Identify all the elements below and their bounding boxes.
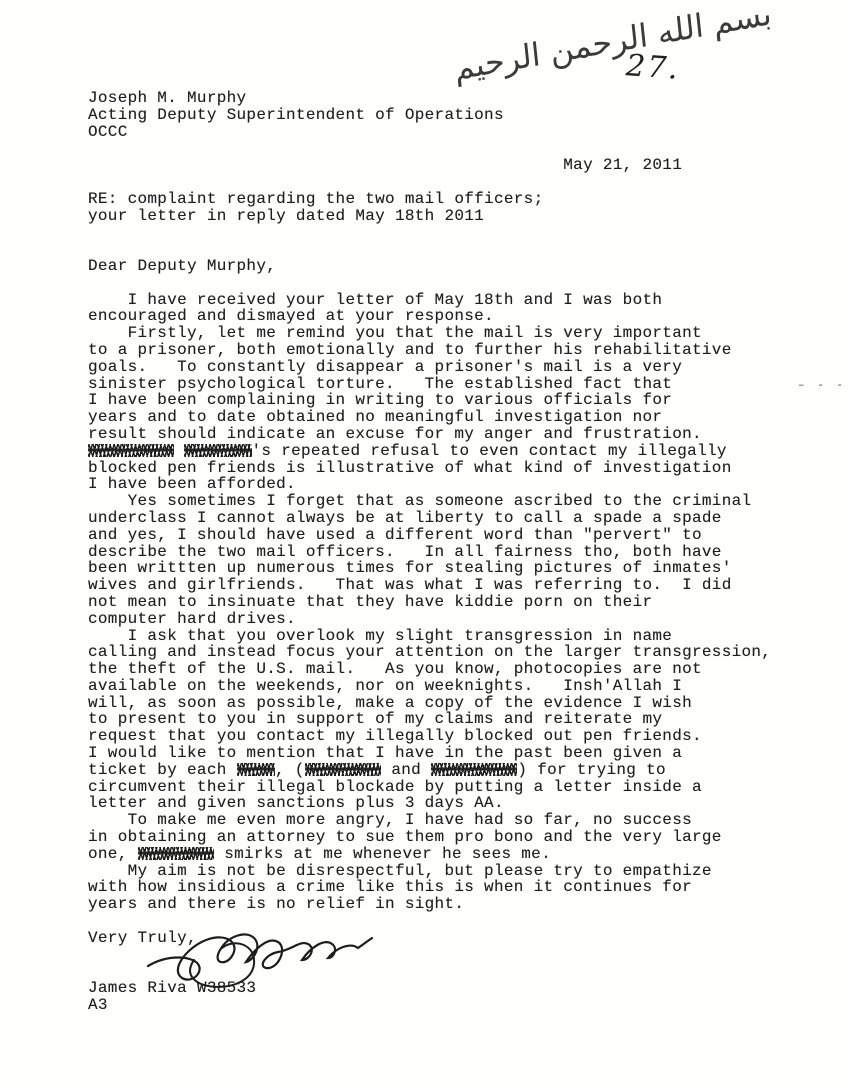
letter-line: Yes sometimes I forget that as someone a… xyxy=(88,493,771,510)
letter-line: not mean to insinuate that they have kid… xyxy=(88,594,771,611)
letter-line xyxy=(88,275,771,292)
letter-line: years and to date obtained no meaningful… xyxy=(88,409,771,426)
letter-line: calling and instead focus your attention… xyxy=(88,644,771,661)
letter-line: result should indicate an excuse for my … xyxy=(88,426,771,443)
letter-line: one, smirks at me whenever he sees me. xyxy=(88,846,771,863)
letter-line: A3 xyxy=(88,997,771,1014)
letter-line: underclass I cannot always be at liberty… xyxy=(88,510,771,527)
letter-line: My aim is not be disrespectful, but plea… xyxy=(88,863,771,880)
letter-line xyxy=(88,241,771,258)
letter-line: I would like to mention that I have in t… xyxy=(88,745,771,762)
letter-line: the theft of the U.S. mail. As you know,… xyxy=(88,661,771,678)
letter-line: blocked pen friends is illustrative of w… xyxy=(88,460,771,477)
letter-line: to a prisoner, both emotionally and to f… xyxy=(88,342,771,359)
letter-line: Firstly, let me remind you that the mail… xyxy=(88,325,771,342)
letter-line: will, as soon as possible, make a copy o… xyxy=(88,695,771,712)
letter-line: I have been complaining in writing to va… xyxy=(88,392,771,409)
letter-line: I have received your letter of May 18th … xyxy=(88,292,771,309)
redacted-name-scribble xyxy=(88,444,174,457)
letter-line: Dear Deputy Murphy, xyxy=(88,258,771,275)
letter-line: with how insidious a crime like this is … xyxy=(88,879,771,896)
letter-line xyxy=(88,140,771,157)
letter-line: I ask that you overlook my slight transg… xyxy=(88,628,771,645)
letter-line: encouraged and dismayed at your response… xyxy=(88,308,771,325)
letter-line xyxy=(88,224,771,241)
letter-line: Acting Deputy Superintendent of Operatio… xyxy=(88,107,771,124)
scanned-letter-page: بسم الله الرحمن الرحيم 27. – - - - Josep… xyxy=(0,0,850,1086)
letter-line: to present to you in support of my claim… xyxy=(88,711,771,728)
letter-line: wives and girlfriends. That was what I w… xyxy=(88,577,771,594)
redacted-name-scribble xyxy=(138,847,215,860)
letter-line xyxy=(88,174,771,191)
letter-line: available on the weekends, nor on weekni… xyxy=(88,678,771,695)
redacted-name-scribble xyxy=(184,444,251,457)
scan-artifact-dashes: – - - - xyxy=(798,380,850,392)
letter-lines: Joseph M. MurphyActing Deputy Superinten… xyxy=(88,90,771,1014)
redacted-name-scribble xyxy=(237,763,275,776)
handwritten-page-number: 27. xyxy=(625,48,681,87)
letter-line: in obtaining an attorney to sue them pro… xyxy=(88,829,771,846)
letter-line: ticket by each , ( and ) for trying to xyxy=(88,762,771,779)
letter-line: your letter in reply dated May 18th 2011 xyxy=(88,208,771,225)
letter-line: 's repeated refusal to even contact my i… xyxy=(88,443,771,460)
letter-line: May 21, 2011 xyxy=(88,157,771,174)
letter-line: years and there is no relief in sight. xyxy=(88,896,771,913)
redacted-name-scribble xyxy=(305,763,382,776)
letter-line: been writtten up numerous times for stea… xyxy=(88,560,771,577)
letter-line: describe the two mail officers. In all f… xyxy=(88,544,771,561)
letter-line: circumvent their illegal blockade by put… xyxy=(88,779,771,796)
letter-line: OCCC xyxy=(88,124,771,141)
letter-line: and yes, I should have used a different … xyxy=(88,527,771,544)
bismillah-handwriting: بسم الله الرحمن الرحيم xyxy=(452,0,773,88)
letter-line: letter and given sanctions plus 3 days A… xyxy=(88,795,771,812)
letter-line: sinister psychological torture. The esta… xyxy=(88,376,771,393)
letter-line: RE: complaint regarding the two mail off… xyxy=(88,191,771,208)
letter-line: request that you contact my illegally bl… xyxy=(88,728,771,745)
letter-line: goals. To constantly disappear a prisone… xyxy=(88,359,771,376)
letter-line: I have been afforded. xyxy=(88,476,771,493)
signature-scribble xyxy=(142,920,404,999)
letter-line: To make me even more angry, I have had s… xyxy=(88,812,771,829)
letter-line: computer hard drives. xyxy=(88,611,771,628)
redacted-name-scribble xyxy=(431,763,517,776)
letter-line: Joseph M. Murphy xyxy=(88,90,771,107)
